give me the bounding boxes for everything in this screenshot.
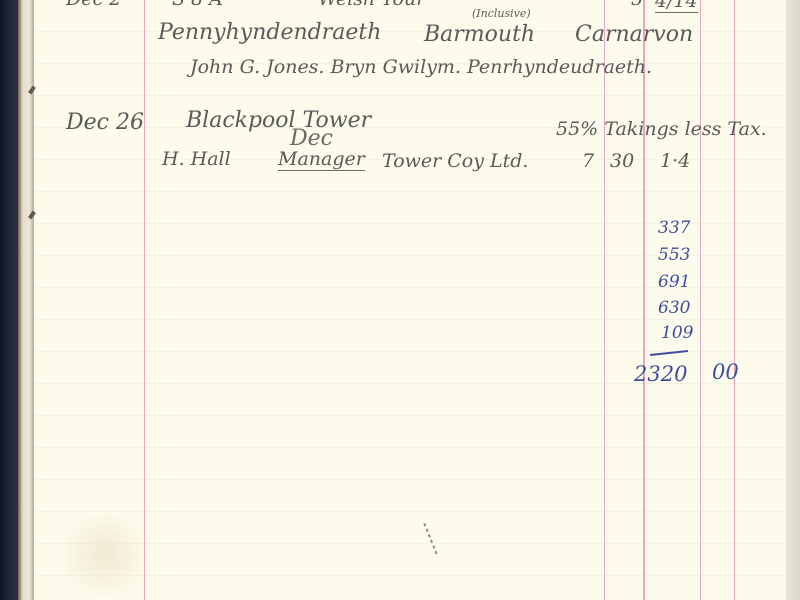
entry2-overwrite: Dec [290,128,333,150]
entry2-date: Dec 26 [66,112,144,134]
entry2-figure-2: 30 [610,152,634,171]
column-rule-2 [643,0,645,600]
entry1-contact: John G. Jones. Bryn Gwilym. Penrhyndeudr… [190,58,652,77]
entry1-date: Dec 2 [66,0,121,9]
paper-stain [60,510,150,600]
entry1-ref: S 8 A [172,0,223,9]
tally-addend-1: 337 [658,220,690,237]
entry1-inclusive-note: (Inclusive) [472,8,531,19]
entry1-amount: 4/14 [655,0,698,13]
entry2-terms: 55% Takings less Tax. [556,120,767,139]
entry2-figure-3: 1·4 [660,152,690,171]
tally-addend-5: 109 [661,325,693,342]
entry1-marks: ·5· [625,0,649,9]
entry2-figure-1: 7 [582,152,594,171]
entry1-town-3: Carnarvon [575,24,693,46]
tally-total-cents: 00 [712,362,739,383]
entry2-contact-role: Manager [278,150,365,171]
next-page-shadow [786,0,800,600]
column-rule-4 [734,0,735,600]
tally-addend-2: 553 [658,247,690,264]
entry1-venue: Welsh Tour [318,0,425,9]
book-binding [0,0,18,600]
entry2-contact-name: H. Hall [162,150,231,169]
tally-total: 2320 [634,364,687,385]
tally-addend-4: 630 [658,300,690,317]
column-rule-1 [604,0,605,600]
entry1-town-1: Pennyhyndendraeth [158,22,381,44]
entry2-contact-company: Tower Coy Ltd. [382,152,528,171]
entry2-venue: Blackpool Tower [186,110,371,132]
tally-addend-3: 691 [658,274,690,291]
column-rule-3 [700,0,701,600]
margin-rule [144,0,145,600]
entry1-town-2: Barmouth [424,24,535,46]
